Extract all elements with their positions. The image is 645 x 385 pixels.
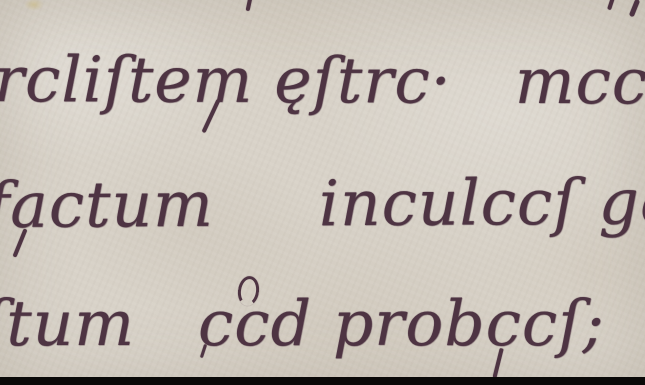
manuscript-page: rcliſtem ęſtrc· mcctręn factum inculccſ … <box>0 0 645 385</box>
cropped-descender-mark <box>629 0 640 17</box>
manuscript-line-1: rcliſtem ęſtrc· mcctręn <box>0 48 645 114</box>
cropped-descender-mark <box>246 0 253 11</box>
manuscript-line-3: ſtum ccd probccſ; pacu <box>0 292 645 355</box>
parchment-stain <box>24 0 44 11</box>
manuscript-line-2: factum inculccſ genitu <box>0 170 645 237</box>
bottom-black-bar <box>0 377 645 385</box>
cropped-descender-mark <box>607 0 615 10</box>
